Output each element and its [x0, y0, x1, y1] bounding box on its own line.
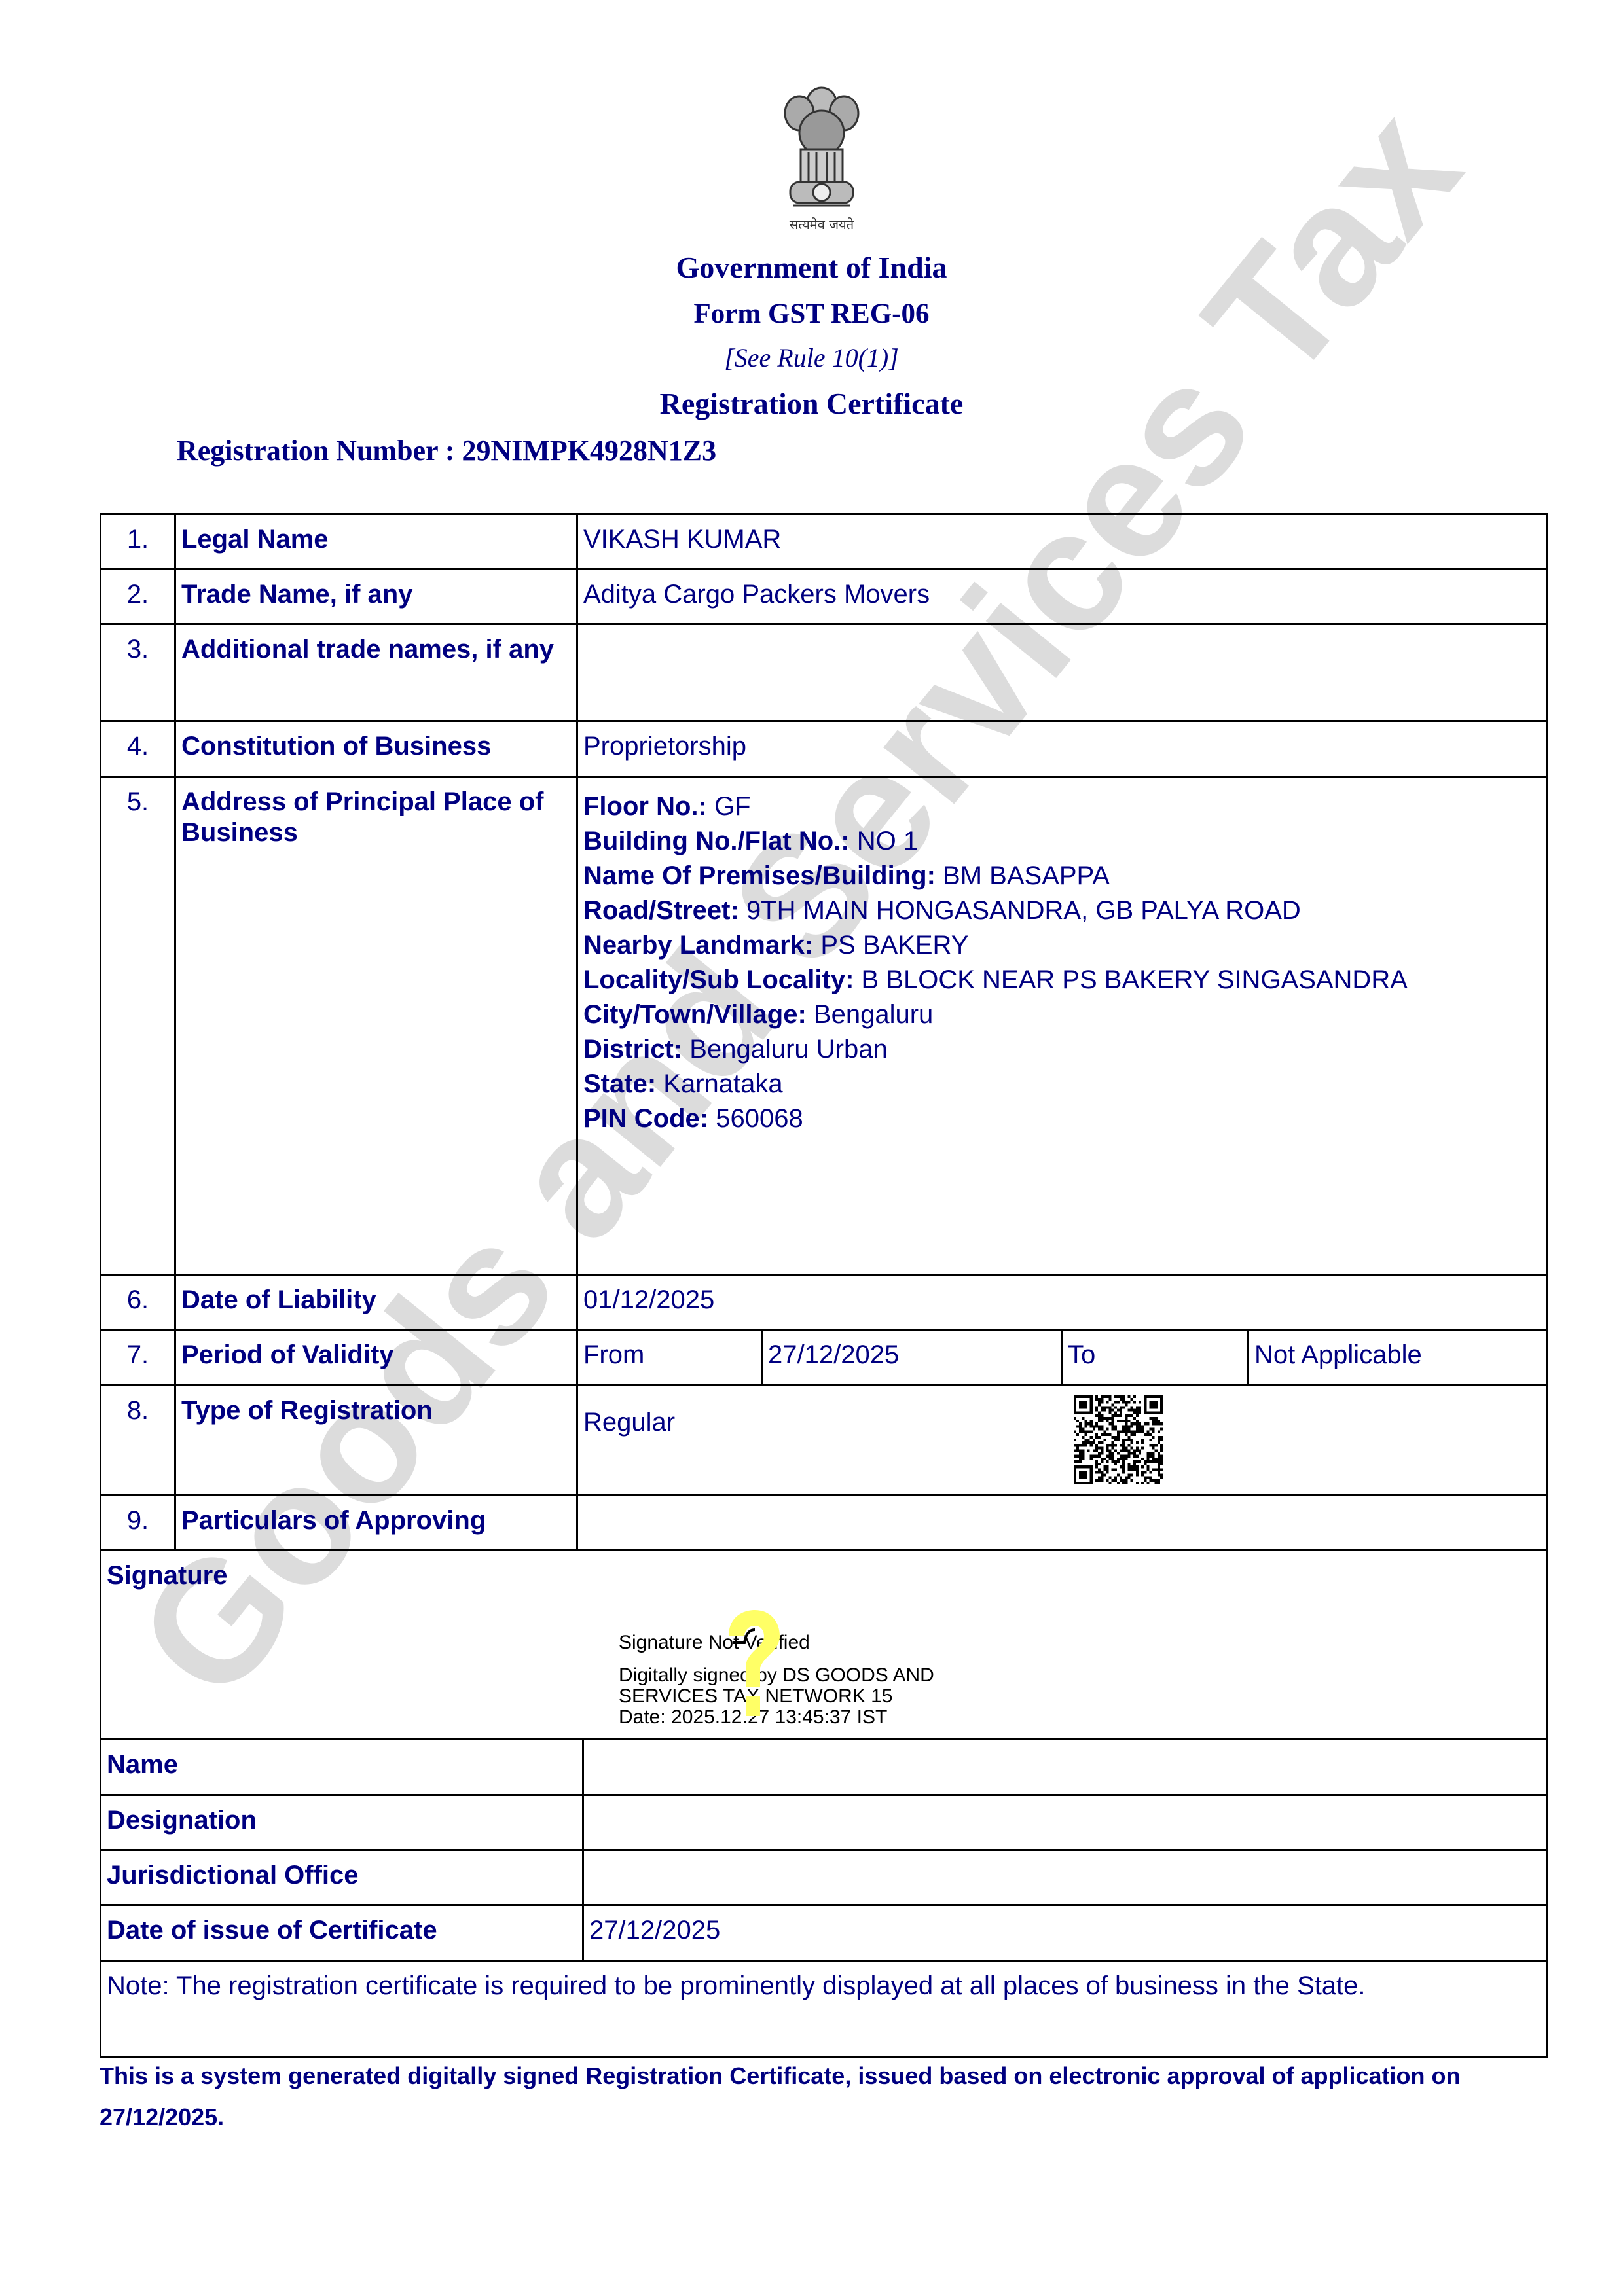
table-row: Jurisdictional Office	[101, 1850, 1548, 1905]
registration-number: Registration Number : 29NIMPK4928N1Z3	[177, 434, 716, 467]
additional-trade-names-value	[577, 624, 1548, 721]
issue-date-label: Date of issue of Certificate	[101, 1905, 583, 1961]
table-row: 4. Constitution of Business Proprietorsh…	[101, 721, 1548, 777]
jurisdictional-office-value	[583, 1850, 1548, 1905]
date-of-liability-label: Date of Liability	[175, 1275, 577, 1330]
qr-code-icon	[1074, 1395, 1163, 1484]
address-pin: PIN Code: 560068	[583, 1102, 1541, 1136]
svg-text:सत्यमेव जयते: सत्यमेव जयते	[790, 217, 854, 232]
officer-name-label: Name	[101, 1740, 583, 1795]
additional-trade-names-label: Additional trade names, if any	[175, 624, 577, 721]
table-row: 9. Particulars of Approving	[101, 1496, 1548, 1551]
row-number: 6.	[101, 1275, 175, 1330]
table-row: 6. Date of Liability 01/12/2025	[101, 1275, 1548, 1330]
designation-label: Designation	[101, 1795, 583, 1850]
validity-to-date: Not Applicable	[1249, 1330, 1548, 1386]
table-row: 5. Address of Principal Place of Busines…	[101, 777, 1548, 1275]
constitution-label: Constitution of Business	[175, 721, 577, 777]
table-row: Date of issue of Certificate 27/12/2025	[101, 1905, 1548, 1961]
validity-to-label: To	[1062, 1330, 1249, 1386]
address-value: Floor No.: GF Building No./Flat No.: NO …	[577, 777, 1548, 1275]
row-number: 9.	[101, 1496, 175, 1551]
row-number: 5.	[101, 777, 175, 1275]
address-city: City/Town/Village: Bengaluru	[583, 997, 1541, 1032]
signature-row: Signature Signature Not Verified Digital…	[101, 1551, 1548, 1740]
period-of-validity-label: Period of Validity	[175, 1330, 577, 1386]
table-row: 7. Period of Validity From 27/12/2025 To…	[101, 1330, 1548, 1386]
registration-details-table: 1. Legal Name VIKASH KUMAR 2. Trade Name…	[100, 513, 1548, 1551]
signature-label: Signature	[107, 1561, 227, 1590]
row-number: 4.	[101, 721, 175, 777]
system-generated-notice: This is a system generated digitally sig…	[100, 2055, 1546, 2138]
signature-table: Signature Signature Not Verified Digital…	[100, 1549, 1548, 2058]
address-floor: Floor No.: GF	[583, 789, 1541, 824]
table-row: 2. Trade Name, if any Aditya Cargo Packe…	[101, 569, 1548, 624]
officer-name-value	[583, 1740, 1548, 1795]
form-heading: Form GST REG-06	[0, 298, 1623, 330]
table-row: Name	[101, 1740, 1548, 1795]
address-building: Building No./Flat No.: NO 1	[583, 824, 1541, 859]
date-of-liability-value: 01/12/2025	[577, 1275, 1548, 1330]
jurisdictional-office-label: Jurisdictional Office	[101, 1850, 583, 1905]
validity-from-date: 27/12/2025	[762, 1330, 1062, 1386]
row-number: 3.	[101, 624, 175, 721]
address-premises: Name Of Premises/Building: BM BASAPPA	[583, 859, 1541, 893]
address-district: District: Bengaluru Urban	[583, 1032, 1541, 1067]
registration-type-label: Type of Registration	[175, 1386, 577, 1496]
address-landmark: Nearby Landmark: PS BAKERY	[583, 928, 1541, 963]
government-heading: Government of India	[0, 250, 1623, 285]
designation-value	[583, 1795, 1548, 1850]
signature-unverified-icon[interactable]	[723, 1610, 782, 1721]
display-note: Note: The registration certificate is re…	[101, 1961, 1548, 2058]
legal-name-label: Legal Name	[175, 514, 577, 569]
legal-name-value: VIKASH KUMAR	[577, 514, 1548, 569]
row-number: 1.	[101, 514, 175, 569]
address-state: State: Karnataka	[583, 1067, 1541, 1102]
particulars-approving-label: Particulars of Approving	[175, 1496, 577, 1551]
issue-date-value: 27/12/2025	[583, 1905, 1548, 1961]
rule-reference: [See Rule 10(1)]	[0, 342, 1623, 373]
table-row: Note: The registration certificate is re…	[101, 1961, 1548, 2058]
registration-number-label: Registration Number :	[177, 435, 454, 467]
row-number: 8.	[101, 1386, 175, 1496]
row-number: 7.	[101, 1330, 175, 1386]
registration-number-value: 29NIMPK4928N1Z3	[462, 435, 716, 467]
table-row: 1. Legal Name VIKASH KUMAR	[101, 514, 1548, 569]
validity-from-label: From	[577, 1330, 762, 1386]
trade-name-value: Aditya Cargo Packers Movers	[577, 569, 1548, 624]
table-row: 8. Type of Registration Regular	[101, 1386, 1548, 1496]
national-emblem-icon: सत्यमेव जयते	[776, 77, 867, 234]
address-road: Road/Street: 9TH MAIN HONGASANDRA, GB PA…	[583, 893, 1541, 928]
address-label: Address of Principal Place of Business	[175, 777, 577, 1275]
trade-name-label: Trade Name, if any	[175, 569, 577, 624]
registration-type-value: Regular	[577, 1386, 1548, 1496]
table-row: Designation	[101, 1795, 1548, 1850]
particulars-approving-value	[577, 1496, 1548, 1551]
address-locality: Locality/Sub Locality: B BLOCK NEAR PS B…	[583, 963, 1541, 997]
constitution-value: Proprietorship	[577, 721, 1548, 777]
table-row: 3. Additional trade names, if any	[101, 624, 1548, 721]
row-number: 2.	[101, 569, 175, 624]
certificate-title: Registration Certificate	[0, 386, 1623, 421]
